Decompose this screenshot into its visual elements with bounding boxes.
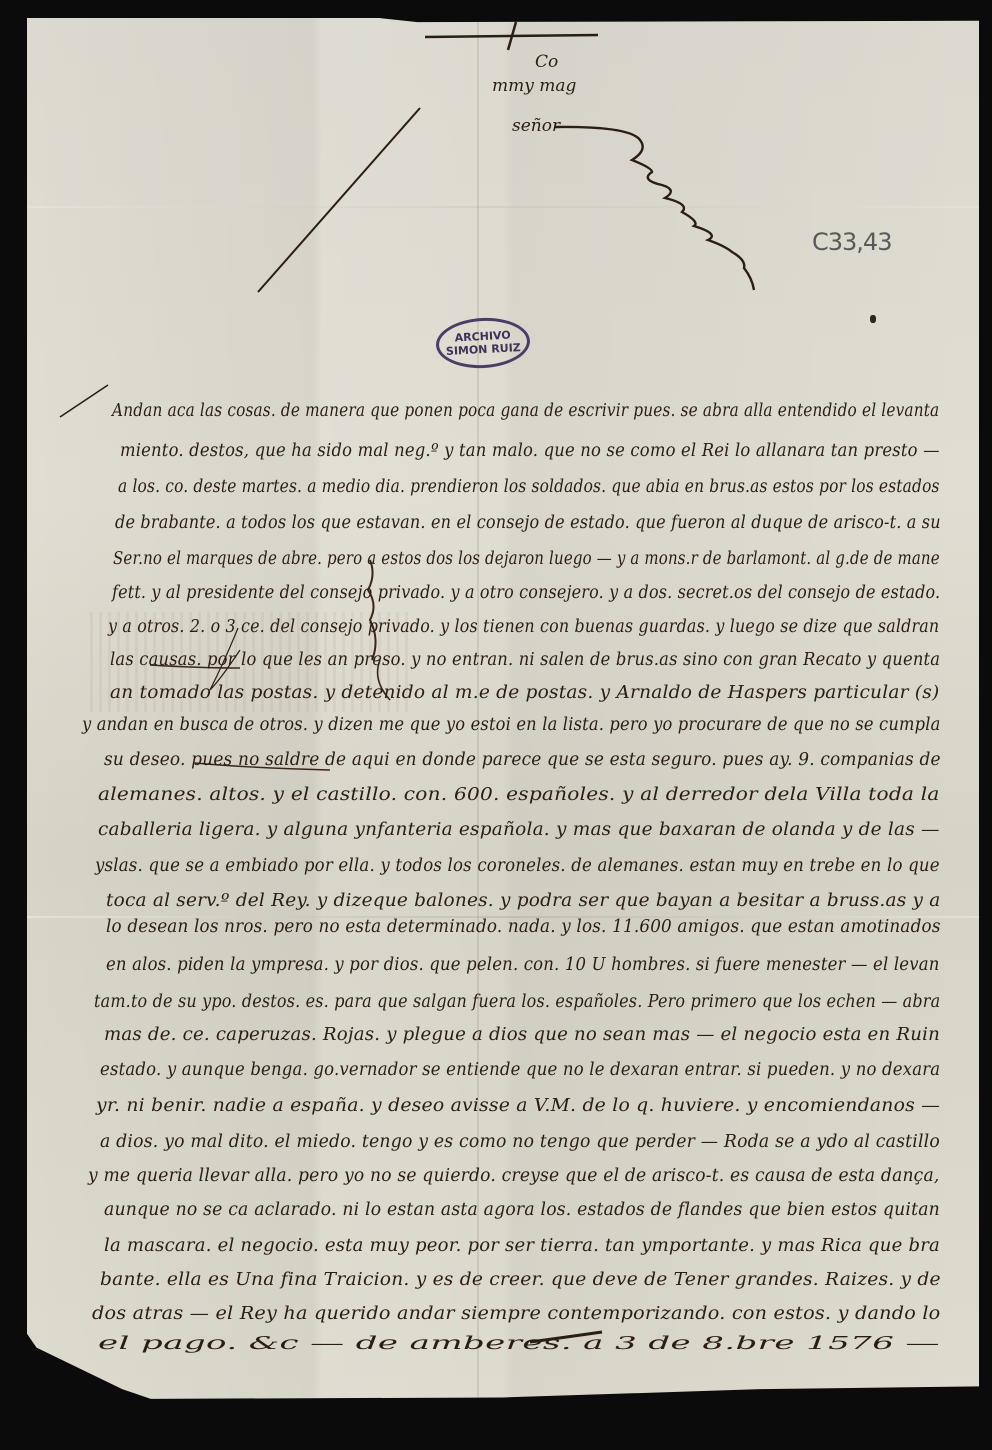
body-line: caballeria ligera. y alguna ynfanteria e… [98, 820, 940, 840]
body-line: a los. co. deste martes. a medio dia. pr… [118, 477, 940, 497]
body-line: y andan en busca de otros. y dizen me qu… [82, 715, 940, 735]
body-line: a dios. yo mal dito. el miedo. tengo y e… [100, 1132, 940, 1152]
body-line: el pago. &c — de amberes. a 3 de 8.bre 1… [98, 1334, 940, 1354]
body-line: an tomado las postas. y detenido al m.e … [110, 683, 939, 703]
body-line: toca al serv.º del Rey. y dizeque balone… [106, 891, 940, 911]
body-line: su deseo. pues no saldre de aqui en dond… [104, 750, 941, 770]
body-line: bante. ella es Una fina Traicion. y es d… [100, 1270, 941, 1290]
body-line: en alos. piden la ympresa. y por dios. q… [106, 955, 939, 975]
salutation-line1: Co [535, 52, 558, 72]
salutation-line3: señor [512, 116, 560, 136]
body-line: fett. y al presidente del consejo privad… [112, 583, 940, 603]
body-line: miento. destos, que ha sido mal neg.º y … [120, 441, 940, 461]
stamp-line2: SIMON RUIZ [446, 341, 521, 358]
body-line: lo desean los nros. pero no esta determi… [106, 917, 941, 937]
body-line: mas de. ce. caperuzas. Rojas. y plegue a… [104, 1025, 940, 1045]
body-line: yslas. que se a embiado por ella. y todo… [95, 856, 940, 876]
body-line: y me queria llevar alla. pero yo no se q… [88, 1166, 940, 1186]
body-line: Andan aca las cosas. de manera que ponen… [112, 401, 939, 421]
body-line: la mascara. el negocio. esta muy peor. p… [104, 1236, 940, 1256]
body-line: tam.to de su ypo. destos. es. para que s… [94, 992, 940, 1012]
paper-hole [870, 315, 876, 323]
salutation-line2: mmy mag [492, 76, 576, 96]
paper-fold-vertical [477, 18, 479, 1403]
body-line: dos atras — el Rey ha querido andar siem… [92, 1304, 940, 1324]
body-line: Ser.no el marques de abre. pero a estos … [113, 549, 940, 569]
body-line: y a otros. 2. o 3 ce. del consejo privad… [108, 617, 939, 637]
body-line: aunque no se ca aclarado. ni lo estan as… [104, 1200, 940, 1220]
shelfmark-annotation: C33,43 [812, 228, 891, 256]
body-line: las causas. por lo que les an preso. y n… [110, 650, 940, 670]
paper-fold-horizontal [27, 206, 979, 208]
body-line: estado. y aunque benga. go.vernador se e… [100, 1060, 940, 1080]
body-line: de brabante. a todos los que estavan. en… [115, 513, 941, 533]
body-line: yr. ni benir. nadie a españa. y deseo av… [96, 1096, 940, 1116]
body-line: alemanes. altos. y el castillo. con. 600… [98, 785, 940, 805]
